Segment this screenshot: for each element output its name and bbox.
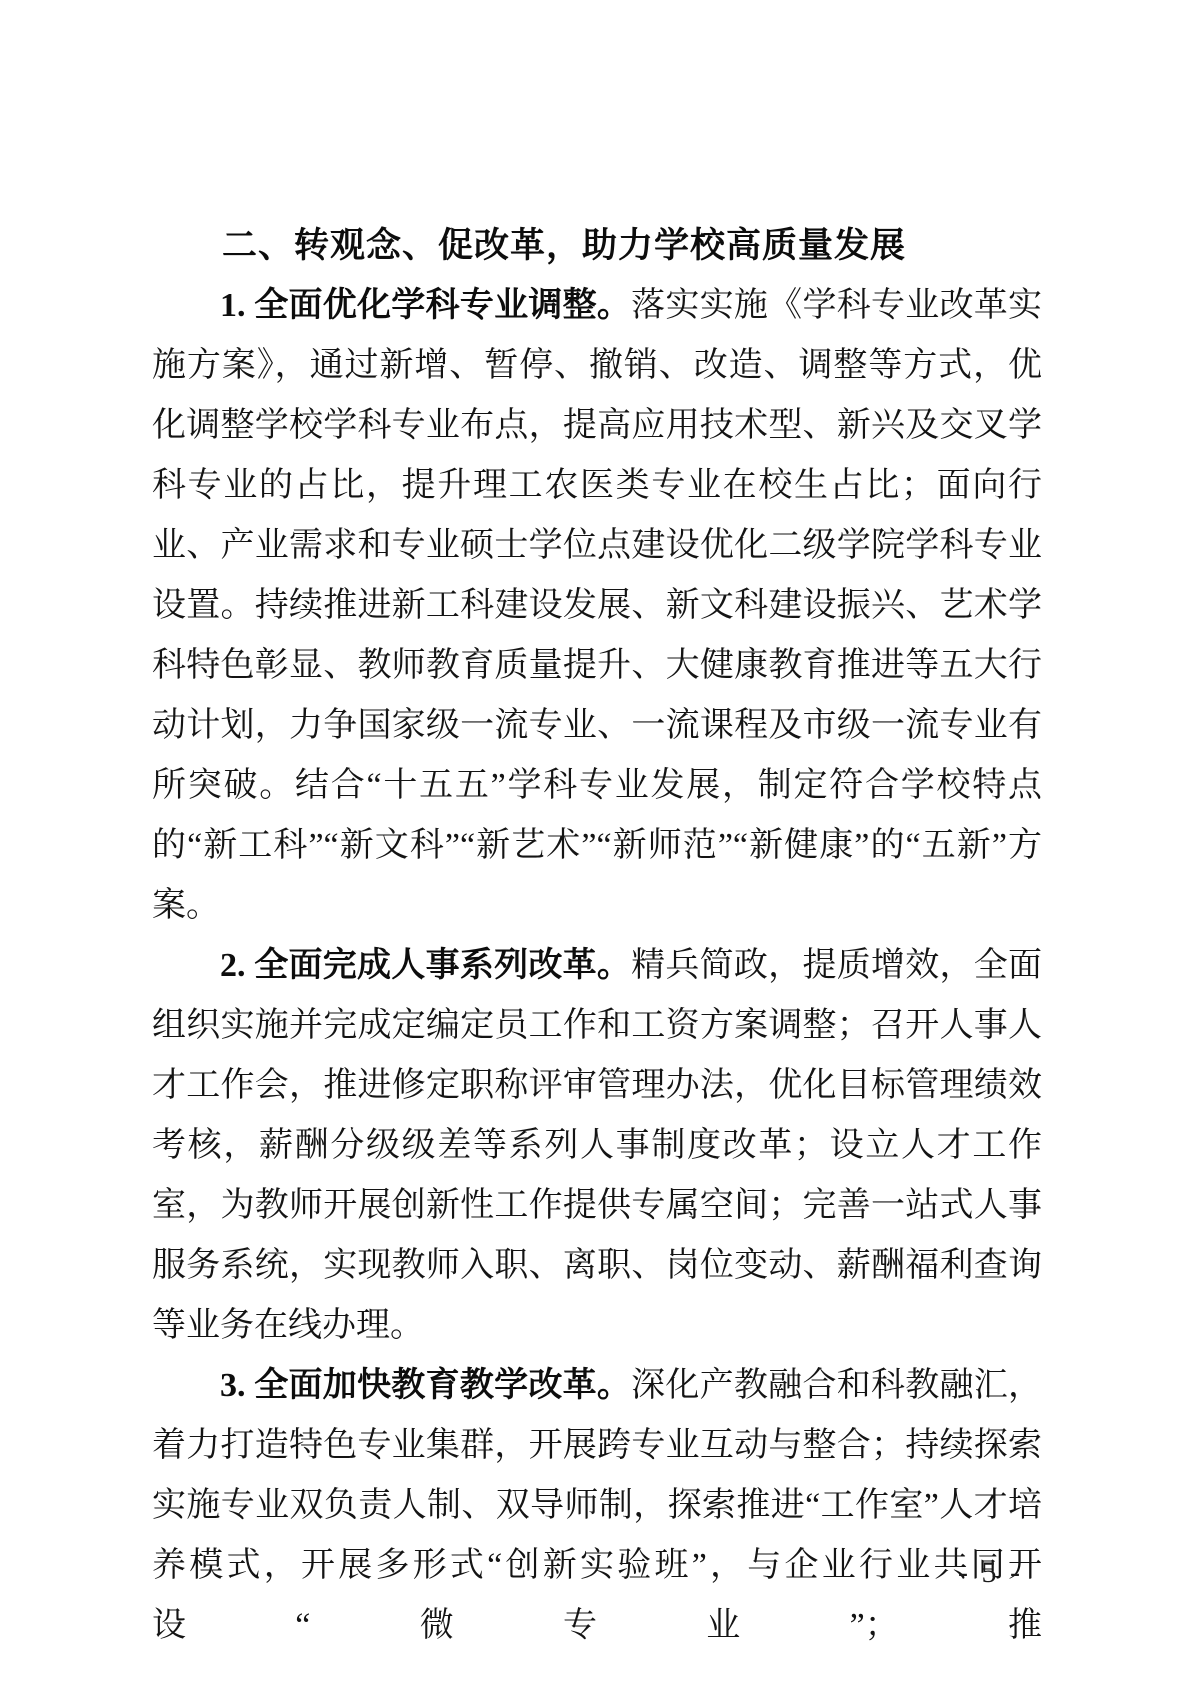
paragraph-2-lead: 2. 全面完成人事系列改革。 xyxy=(220,947,631,984)
paragraph-2: 2. 全面完成人事系列改革。精兵简政，提质增效，全面组织实施并完成定编定员工作和… xyxy=(152,936,1042,1356)
paragraph-2-text: 精兵简政，提质增效，全面组织实施并完成定编定员工作和工资方案调整；召开人事人才工… xyxy=(152,947,1042,1344)
paragraph-1-lead: 1. 全面优化学科专业调整。 xyxy=(220,287,631,324)
paragraph-3: 3. 全面加快教育教学改革。深化产教融合和科教融汇，着力打造特色专业集群，开展跨… xyxy=(152,1356,1042,1656)
page-number: - 5 - xyxy=(958,1556,1023,1590)
document-body: 二、转观念、促改革，助力学校高质量发展 1. 全面优化学科专业调整。落实实施《学… xyxy=(152,216,1042,1656)
paragraph-1: 1. 全面优化学科专业调整。落实实施《学科专业改革实施方案》，通过新增、暂停、撤… xyxy=(152,276,1042,936)
paragraph-3-text: 深化产教融合和科教融汇，着力打造特色专业集群，开展跨专业互动与整合；持续探索实施… xyxy=(152,1367,1042,1644)
paragraph-1-text: 落实实施《学科专业改革实施方案》，通过新增、暂停、撤销、改造、调整等方式，优化调… xyxy=(152,287,1042,924)
document-page: 二、转观念、促改革，助力学校高质量发展 1. 全面优化学科专业调整。落实实施《学… xyxy=(0,0,1191,1684)
paragraph-3-lead: 3. 全面加快教育教学改革。 xyxy=(220,1367,631,1404)
section-heading: 二、转观念、促改革，助力学校高质量发展 xyxy=(152,216,1042,276)
